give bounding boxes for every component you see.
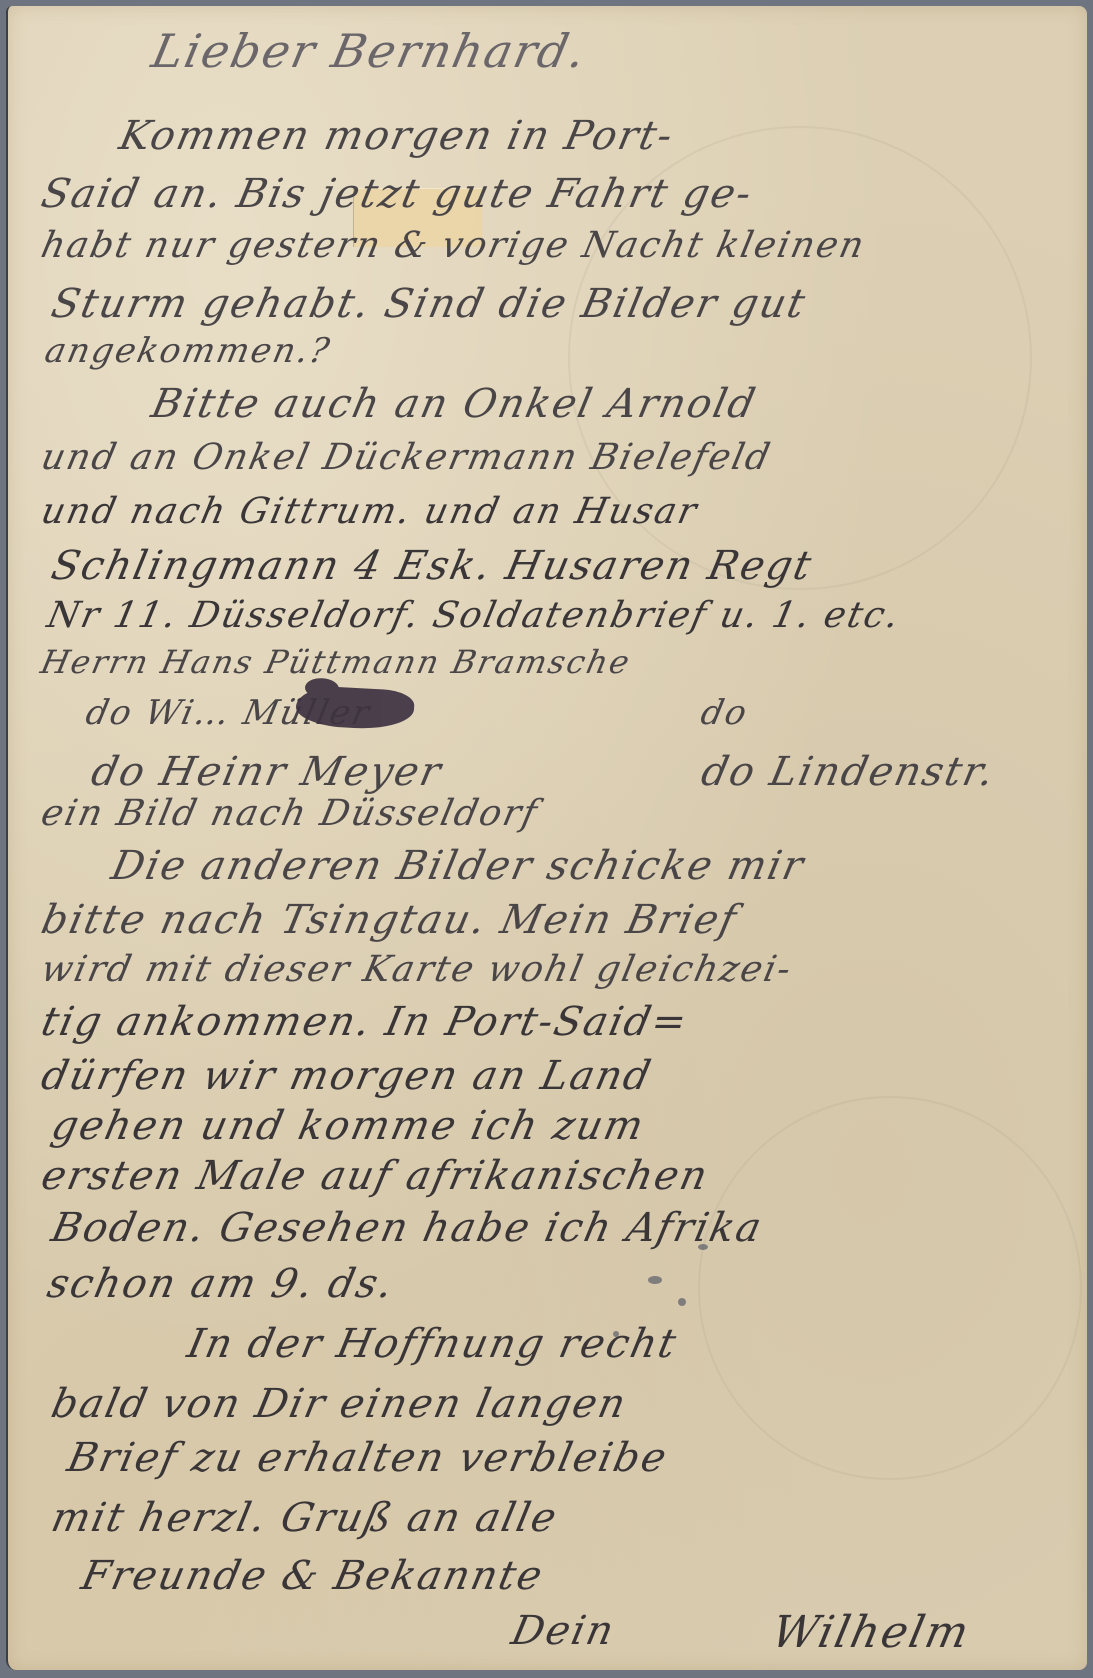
ink-speck bbox=[698, 1244, 708, 1250]
text-line: do Heinr Meyer bbox=[88, 752, 446, 792]
text-line: Herrn Hans Püttmann Bramsche bbox=[38, 646, 634, 678]
postcard: Lieber Bernhard. Kommen morgen in Port- … bbox=[6, 6, 1087, 1670]
text-line: ein Bild nach Düsseldorf bbox=[38, 796, 542, 832]
text-line: bald von Dir einen langen bbox=[48, 1384, 631, 1424]
text-line: mit herzl. Gruß an alle bbox=[48, 1498, 562, 1538]
greeting: Lieber Bernhard. bbox=[148, 28, 591, 74]
text-line: angekommen.? bbox=[42, 334, 334, 368]
ink-speck bbox=[613, 1331, 619, 1337]
text-line: Said an. Bis jetzt gute Fahrt ge- bbox=[38, 174, 757, 214]
text-line: und nach Gittrum. und an Husar bbox=[38, 494, 701, 530]
text-line: In der Hoffnung recht bbox=[184, 1324, 681, 1364]
text-line: Freunde & Bekannte bbox=[78, 1556, 547, 1596]
text-line: Schlingmann 4 Esk. Husaren Regt bbox=[48, 546, 816, 586]
text-line: bitte nach Tsingtau. Mein Brief bbox=[38, 900, 741, 940]
text-line: do Lindenstr. bbox=[698, 752, 999, 792]
text-line: Sturm gehabt. Sind die Bilder gut bbox=[48, 284, 810, 324]
text-line: habt nur gestern & vorige Nacht kleinen bbox=[38, 228, 869, 264]
text-line: dürfen wir morgen an Land bbox=[38, 1056, 656, 1096]
faint-postmark-ring-lower bbox=[698, 1096, 1082, 1480]
text-line: Bitte auch an Onkel Arnold bbox=[148, 384, 760, 424]
valediction: Dein bbox=[508, 1611, 619, 1651]
text-line: Nr 11. Düsseldorf. Soldatenbrief u. 1. e… bbox=[44, 598, 904, 634]
text-line: Die anderen Bilder schicke mir bbox=[108, 846, 808, 886]
text-line: Boden. Gesehen habe ich Afrika bbox=[48, 1208, 766, 1248]
text-line: gehen und komme ich zum bbox=[48, 1106, 649, 1146]
text-line: do bbox=[698, 696, 751, 730]
text-line: und an Onkel Dückermann Bielefeld bbox=[38, 440, 775, 476]
text-line: wird mit dieser Karte wohl gleichzei- bbox=[38, 952, 796, 988]
ink-speck bbox=[648, 1276, 662, 1284]
ink-speck bbox=[678, 1298, 686, 1306]
text-line: Kommen morgen in Port- bbox=[116, 116, 678, 156]
text-line: schon am 9. ds. bbox=[44, 1264, 398, 1304]
text-line: Brief zu erhalten verbleibe bbox=[64, 1438, 672, 1478]
signature: Wilhelm bbox=[768, 1611, 974, 1655]
text-line: tig ankommen. In Port-Said= bbox=[38, 1002, 692, 1042]
text-line: ersten Male auf afrikanischen bbox=[38, 1156, 713, 1196]
